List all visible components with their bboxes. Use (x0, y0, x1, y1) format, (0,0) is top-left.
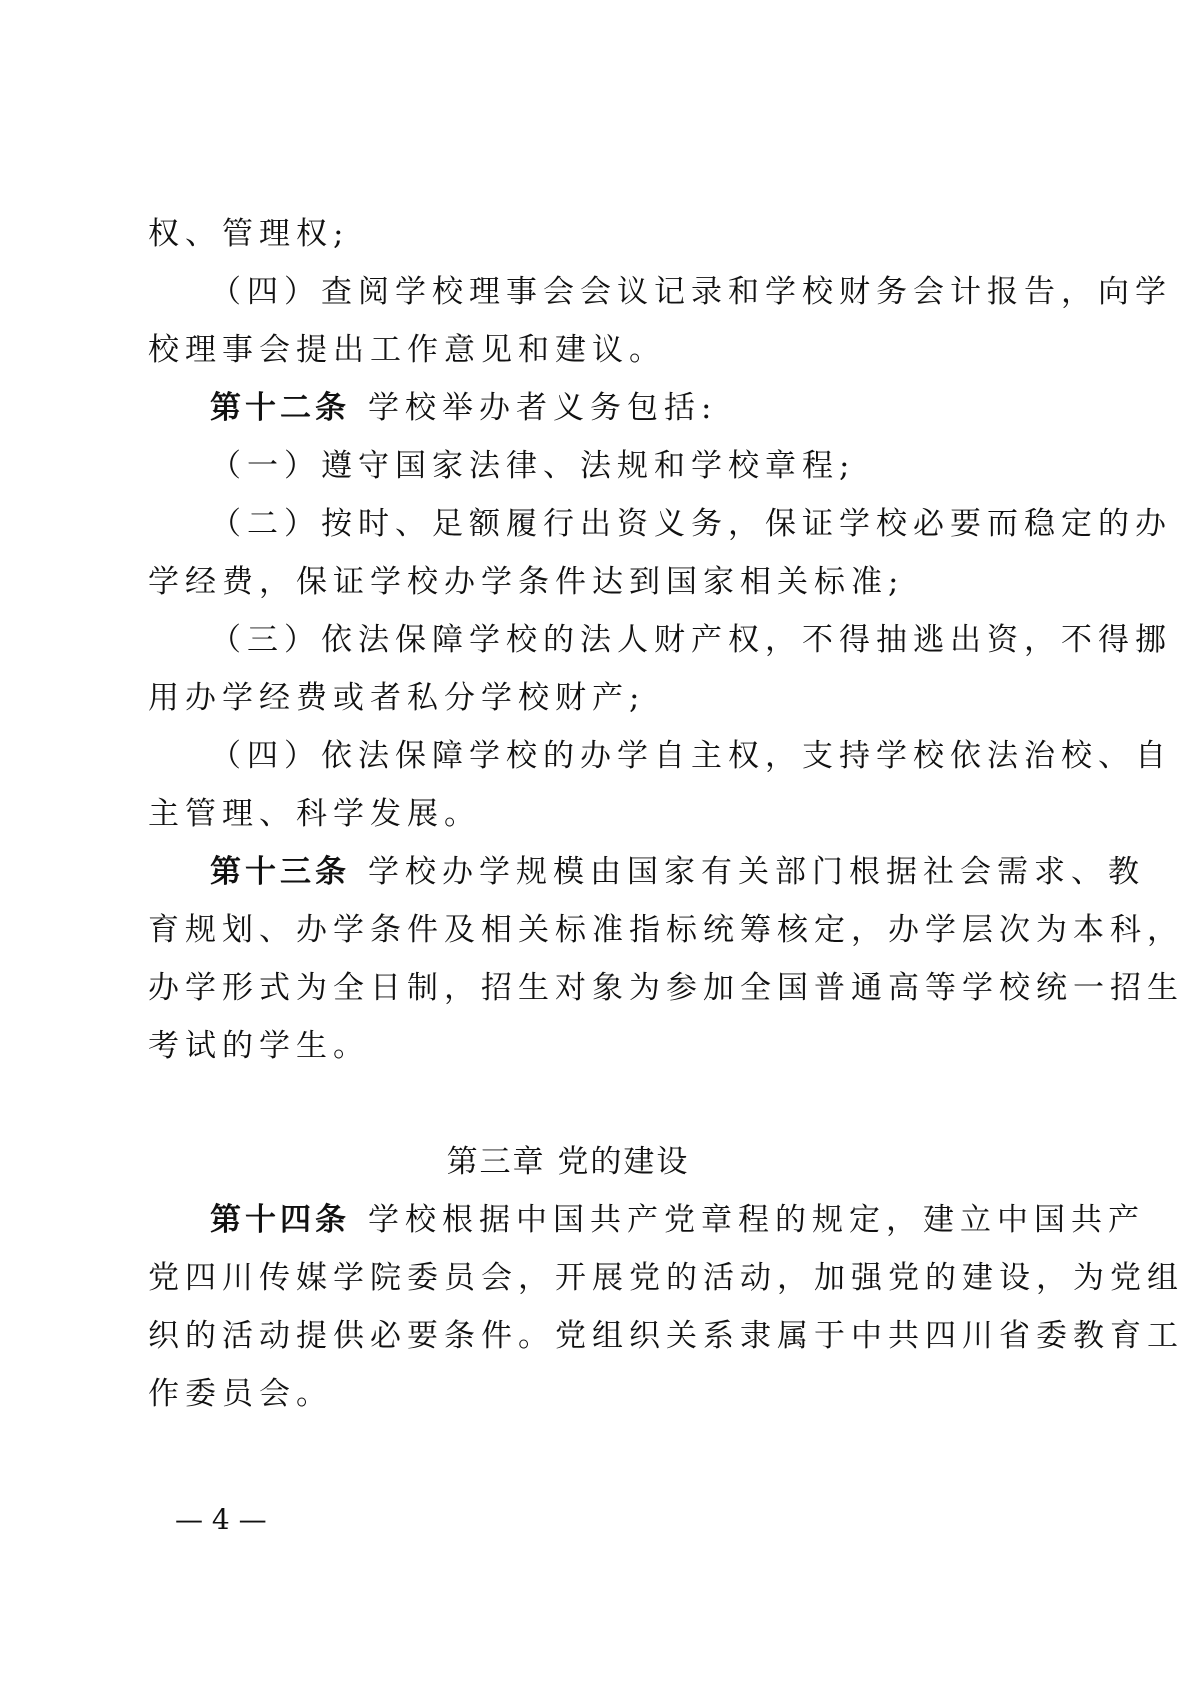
article-text: 学校办学规模由国家有关部门根据社会需求、教 (368, 854, 1145, 890)
text-line: 权、管理权; (148, 205, 988, 263)
article-12: 第十二条学校举办者义务包括: (148, 379, 988, 437)
text-line: 育规划、办学条件及相关标准指标统筹核定，办学层次为本科， (148, 901, 988, 959)
clause-item: （四）依法保障学校的办学自主权，支持学校依法治校、自 (148, 727, 988, 785)
text-line: 办学形式为全日制，招生对象为参加全国普通高等学校统一招生 (148, 959, 988, 1017)
spacer (148, 1075, 988, 1133)
clause-item: （二）按时、足额履行出资义务，保证学校必要而稳定的办 (148, 495, 988, 553)
document-body: 权、管理权; （四）查阅学校理事会会议记录和学校财务会计报告，向学 校理事会提出… (148, 205, 988, 1423)
clause-item: （三）依法保障学校的法人财产权，不得抽逃出资，不得挪 (148, 611, 988, 669)
document-page: 权、管理权; （四）查阅学校理事会会议记录和学校财务会计报告，向学 校理事会提出… (0, 0, 1191, 1684)
text-line: 学经费，保证学校办学条件达到国家相关标准; (148, 553, 988, 611)
text-line: 校理事会提出工作意见和建议。 (148, 321, 988, 379)
article-14: 第十四条学校根据中国共产党章程的规定，建立中国共产 (148, 1191, 988, 1249)
article-label: 第十四条 (210, 1202, 350, 1238)
text-line: 主管理、科学发展。 (148, 785, 988, 843)
text-line: 作委员会。 (148, 1365, 988, 1423)
article-text: 学校举办者义务包括: (368, 390, 717, 426)
article-label: 第十三条 (210, 854, 350, 890)
clause-item: （四）查阅学校理事会会议记录和学校财务会计报告，向学 (148, 263, 988, 321)
article-text: 学校根据中国共产党章程的规定，建立中国共产 (368, 1202, 1145, 1238)
text-line: 考试的学生。 (148, 1017, 988, 1075)
chapter-title: 第三章 党的建设 (148, 1133, 988, 1191)
article-label: 第十二条 (210, 390, 350, 426)
text-line: 用办学经费或者私分学校财产; (148, 669, 988, 727)
article-13: 第十三条学校办学规模由国家有关部门根据社会需求、教 (148, 843, 988, 901)
text-line: 织的活动提供必要条件。党组织关系隶属于中共四川省委教育工 (148, 1307, 988, 1365)
text-line: 党四川传媒学院委员会，开展党的活动，加强党的建设，为党组 (148, 1249, 988, 1307)
clause-item: （一）遵守国家法律、法规和学校章程; (148, 437, 988, 495)
page-number: — 4 — (175, 1500, 267, 1540)
